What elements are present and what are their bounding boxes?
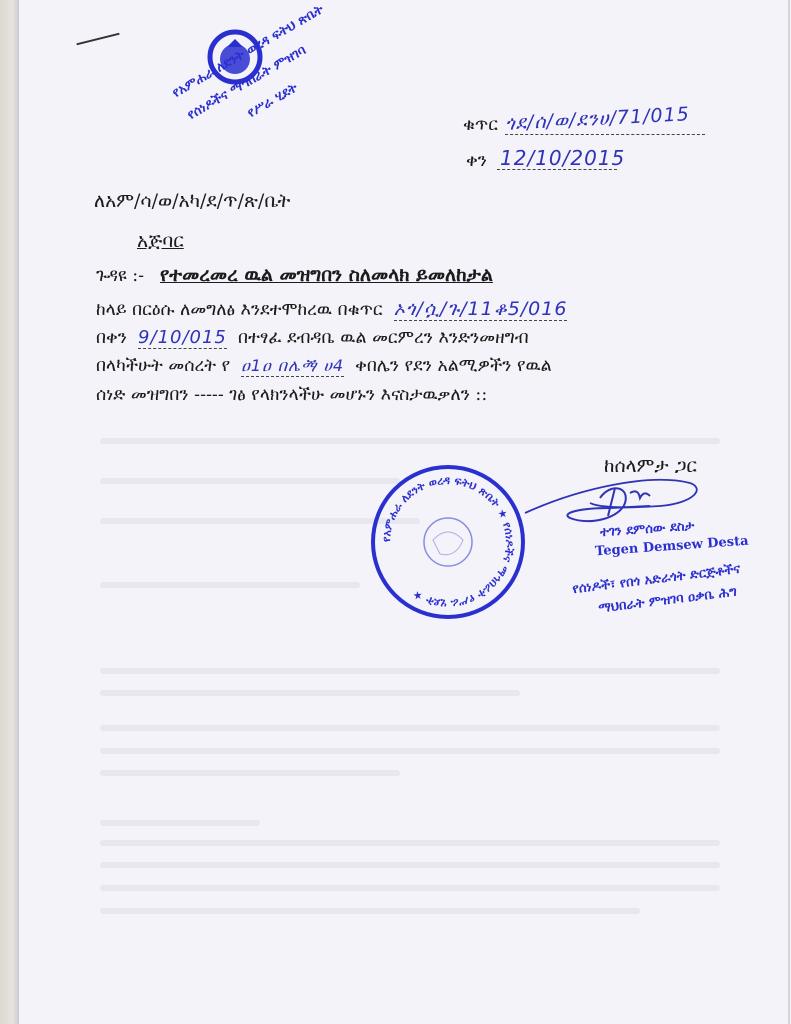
- handwritten-kebele: ዐ1ዐ በሌፙ ሀ4: [241, 356, 344, 377]
- body-line-2: በቀን 9/10/015 በተፃፈ ደብዳቤ ዉል መርምረን እንድንመዘግብ: [96, 327, 529, 349]
- subject-label: ጉዳዩ :-: [96, 266, 144, 286]
- show-through-line: [100, 770, 400, 776]
- body-text: በተፃፈ ደብዳቤ ዉል መርምረን እንድንመዘግብ: [238, 328, 529, 348]
- show-through-line: [100, 820, 260, 826]
- body-line-4: ሰነድ መዝግበን ----- ገፅ የላክንላችሁ መሆኑን እናስታዉቃለን…: [96, 385, 487, 405]
- svg-text:የአምሐራ ለደንት ወረዳ ፍትህ ጽቤት ★ የሰነዶች: የአምሐራ ለደንት ወረዳ ፍትህ ጽቤት ★ የሰነዶችና ማኅበራት የሥ…: [380, 474, 516, 610]
- show-through-line: [100, 748, 720, 754]
- show-through-line: [100, 668, 720, 674]
- body-line-1: ከላይ በርዕሱ ለመግለፅ እንደተሞከረዉ በቁጥር ኦጎ/ሷ/ጉ/11ቆ5…: [96, 298, 567, 321]
- handwritten-date: 9/10/015: [138, 327, 227, 349]
- date-value: 12/10/2015: [500, 146, 625, 170]
- body-text: ቀበሌን የደን አልሚዎችን የዉል: [355, 356, 552, 376]
- body-text: ከላይ በርዕሱ ለመግለፅ እንደተሞከረዉ በቁጥር: [96, 300, 383, 320]
- recipient: ለአም/ሳ/ወ/አካ/ደ/ጥ/ጽ/ቤት: [94, 190, 290, 212]
- show-through-line: [100, 862, 720, 868]
- scan-right-edge: [788, 0, 790, 1024]
- date-dotline: [497, 169, 617, 170]
- handwritten-reference: ኦጎ/ሷ/ጉ/11ቆ5/016: [394, 298, 568, 321]
- body-text: ሰነድ መዝግበን ----- ገፅ የላክንላችሁ መሆኑን እናስታዉቃለን…: [96, 385, 487, 405]
- reference-dotline: [505, 134, 705, 135]
- show-through-line: [100, 582, 360, 588]
- subject: የተመረመረ ዉል መዝግበን ስለመላክ ይመለከታል: [160, 264, 493, 286]
- show-through-line: [100, 840, 720, 846]
- round-official-stamp: የአምሐራ ለደንት ወረዳ ፍትህ ጽቤት ★ የሰነዶችና ማኅበራት የሥ…: [368, 462, 528, 622]
- show-through-line: [100, 438, 720, 444]
- show-through-line: [100, 885, 720, 891]
- body-line-3: በላካችሁት መሰረት የ ዐ1ዐ በሌፙ ሀ4 ቀበሌን የደን አልሚዎችን…: [96, 356, 552, 377]
- body-text: በላካችሁት መሰረት የ: [96, 356, 230, 376]
- show-through-line: [100, 690, 520, 696]
- date-label: ቀን: [466, 151, 487, 171]
- body-text: በቀን: [96, 328, 127, 348]
- scan-left-edge: [0, 0, 18, 1024]
- show-through-line: [100, 908, 640, 914]
- round-stamp-text: የአምሐራ ለደንት ወረዳ ፍትህ ጽቤት ★ የሰነዶችና ማኅበራት የሥ…: [380, 474, 516, 610]
- show-through-line: [100, 725, 720, 731]
- reference-label: ቁጥር: [463, 115, 498, 135]
- show-through-line: [100, 478, 400, 484]
- letter-heading: አጅባር: [137, 230, 184, 252]
